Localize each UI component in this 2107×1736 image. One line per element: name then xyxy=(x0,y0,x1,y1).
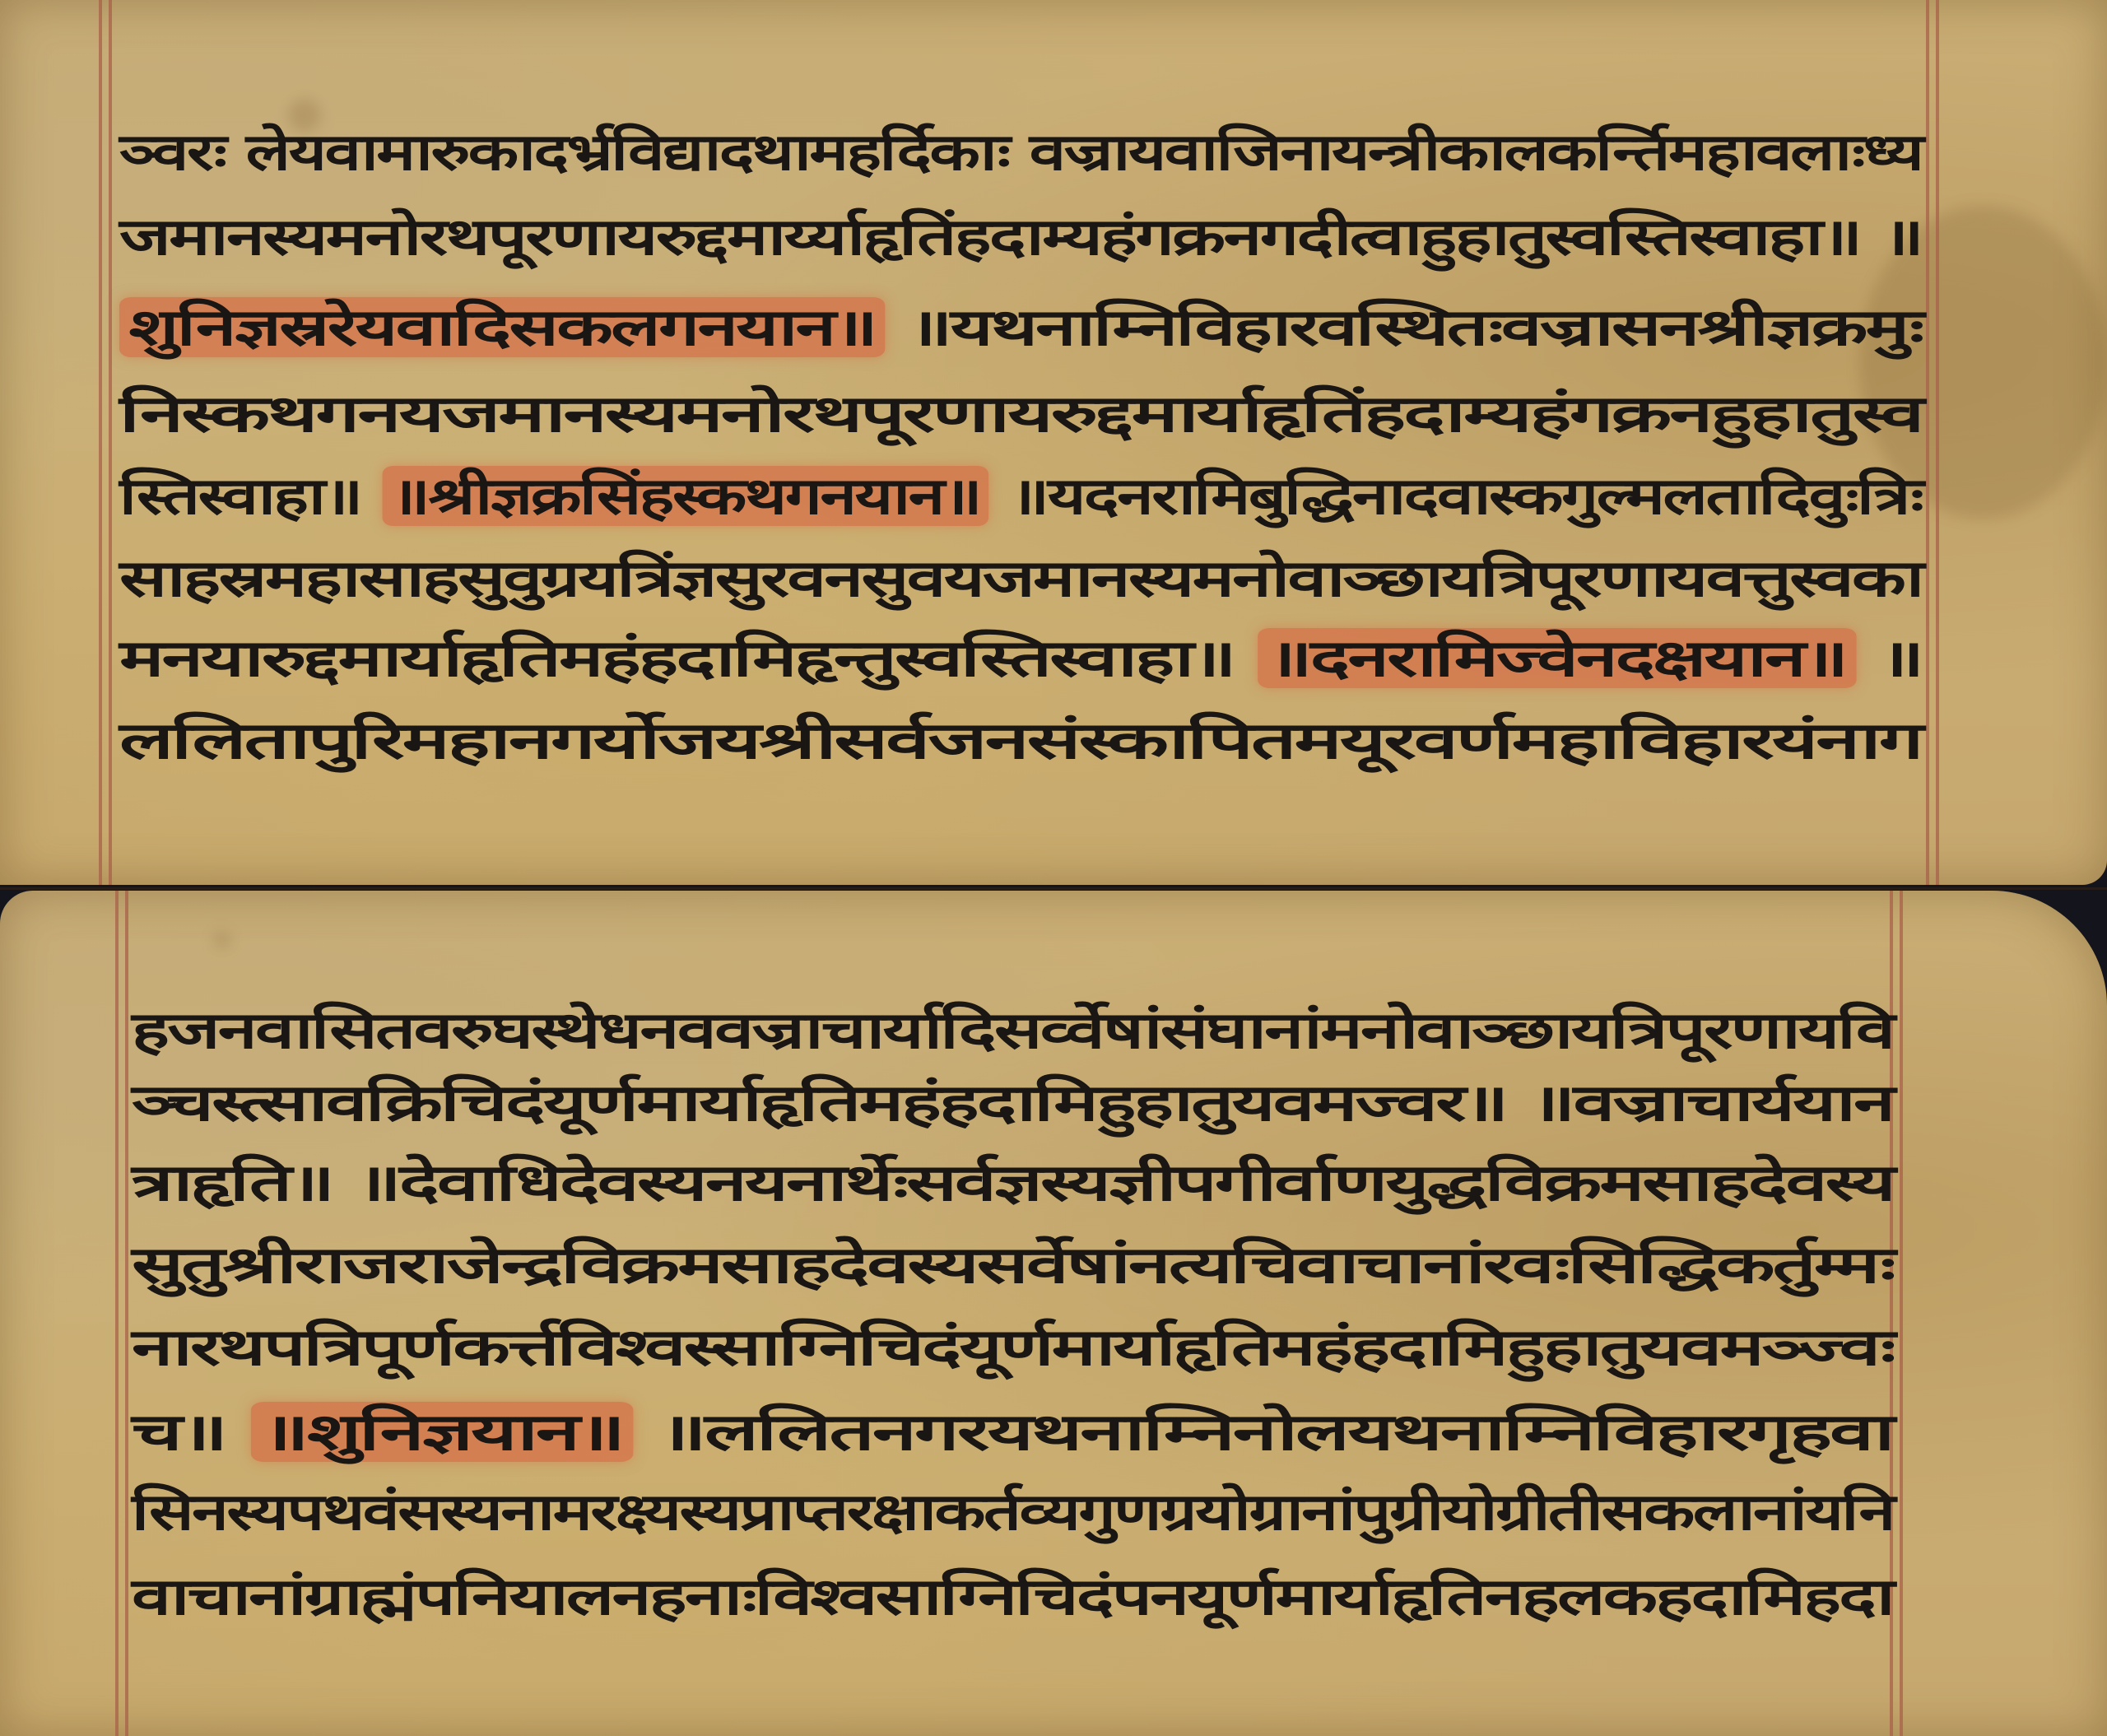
text-segment: ञ्वरः लेयवामारुकादर्भ्रविद्यादथामहर्दिका… xyxy=(119,122,1922,182)
right-margin-rule xyxy=(1926,0,1929,885)
text-line: हजनवासितवरुघस्थेधनववज्राचार्यादिसर्व्वेष… xyxy=(132,994,1893,1068)
text-line: नारथपत्रिपूर्णकर्त्तविश्वस्साग्निचिदंयूर… xyxy=(132,1310,1893,1385)
text-segment: जमानस्यमनोरथपूरणायरुद्दमार्य्याहृतिंहदाम… xyxy=(119,207,1922,267)
rubric-highlight: ॥दनरामिज्वेनदक्षयान॥ xyxy=(1258,628,1856,688)
text-segment: मनयारुद्दमार्याहृतिमहंहदामिहृन्तुस्वस्ति… xyxy=(119,628,1258,688)
text-segment: ॥यदनरामिबुद्धिनादवास्कगुल्मलतादिवुःत्रिः xyxy=(989,466,1922,526)
text-line: मनयारुद्दमार्याहृतिमहंहदामिहृन्तुस्वस्ति… xyxy=(119,621,1922,696)
text-segment: निस्कथगनयजमानस्यमनोरथपूरणायरुद्दमार्याहृ… xyxy=(119,384,1922,444)
text-segment: च॥ xyxy=(132,1402,251,1462)
text-segment: नारथपत्रिपूर्णकर्त्तविश्वस्साग्निचिदंयूर… xyxy=(132,1317,1893,1377)
left-margin-rule-inner xyxy=(109,0,112,885)
text-line: ललितापुरिमहानगर्योजयश्रीसर्वजनसंस्कापितम… xyxy=(119,704,1921,778)
text-segment: हजनवासितवरुघस्थेधनववज्राचार्यादिसर्व्वेष… xyxy=(132,1000,1893,1060)
rubric-highlight: ॥श्रीज्ञक्रसिंहस्कथगनयान॥ xyxy=(382,466,988,526)
text-segment: सुतुश्रीराजराजेन्द्रविक्रमसाहदेवस्यसर्वे… xyxy=(132,1235,1893,1295)
text-segment: सिनस्यपथवंसस्यनामरक्ष्यस्यप्राप्तरक्षाकर… xyxy=(132,1482,1894,1542)
text-segment: वाचानांग्राह्मंपनियालनहनाःविश्वसाग्निचिद… xyxy=(132,1566,1893,1627)
text-line: सुतुश्रीराजराजेन्द्रविक्रमसाहदेवस्यसर्वे… xyxy=(132,1228,1893,1302)
right-margin-rule-inner xyxy=(1936,0,1939,885)
text-line: च॥ ॥शुनिज्ञयान॥ ॥ललितनगरयथनाम्निनोलयथनाम… xyxy=(132,1395,1892,1469)
text-segment: त्राहृति॥ ॥देवाधिदेवस्यनयनार्थेःसर्वज्ञस… xyxy=(132,1152,1894,1212)
text-segment: ॥यथनाम्निविहारवस्थितःवज्रासनश्रीज्ञक्रमु… xyxy=(886,297,1923,357)
text-segment: साहस्रमहासाहसुवुग्रयत्रिंज्ञसुरवनसुवयजमा… xyxy=(119,548,1922,608)
ink-spot xyxy=(214,932,230,948)
folio-crease xyxy=(0,887,2107,890)
text-segment: स्तिस्वाहा॥ xyxy=(119,466,382,526)
text-line: स्तिस्वाहा॥ ॥श्रीज्ञक्रसिंहस्कथगनयान॥ ॥य… xyxy=(119,459,1922,533)
text-line: साहस्रमहासाहसुवुग्रयत्रिंज्ञसुरवनसुवयजमा… xyxy=(119,542,1922,616)
text-segment: ञ्चस्त्सावक्रिचिदंयूर्णमार्याहृतिमहंहदाम… xyxy=(132,1073,1530,1133)
text-line: ञ्वरः लेयवामारुकादर्भ्रविद्यादथामहर्दिका… xyxy=(119,115,1922,189)
text-line: जमानस्यमनोरथपूरणायरुद्दमार्य्याहृतिंहदाम… xyxy=(119,200,1922,274)
text-segment: ॥ xyxy=(1856,628,1922,688)
text-line: वाचानांग्राह्मंपनियालनहनाःविश्वसाग्निचिद… xyxy=(132,1560,1893,1634)
top-folio-text: ञ्वरः लेयवामारुकादर्भ्रविद्यादथामहर्दिका… xyxy=(119,115,1922,790)
text-segment: ॥ललितनगरयथनाम्निनोलयथनाम्निविहारगृहवा xyxy=(634,1402,1893,1462)
text-segment: ॥वज्राचार्ययान xyxy=(1530,1073,1892,1133)
left-margin-rule-inner xyxy=(125,891,128,1736)
bottom-folio: हजनवासितवरुघस्थेधनववज्राचार्यादिसर्व्वेष… xyxy=(0,891,2107,1736)
rubric-highlight: शुनिज्ञस्ररेयवादिसकलगनयान॥ xyxy=(119,297,886,357)
text-line: ञ्चस्त्सावक्रिचिदंयूर्णमार्याहृतिमहंहदाम… xyxy=(132,1066,1893,1140)
text-line: निस्कथगनयजमानस्यमनोरथपूरणायरुद्दमार्याहृ… xyxy=(119,377,1922,451)
bottom-folio-text: हजनवासितवरुघस्थेधनववज्राचार्यादिसर्व्वेष… xyxy=(132,994,1893,1652)
text-line: त्राहृति॥ ॥देवाधिदेवस्यनयनार्थेःसर्वज्ञस… xyxy=(132,1146,1894,1220)
right-margin-rule-inner xyxy=(1900,891,1903,1736)
left-margin-rule xyxy=(99,0,102,885)
text-segment: ललितापुरिमहानगर्योजयश्रीसर्वजनसंस्कापितम… xyxy=(119,710,1921,770)
text-line: शुनिज्ञस्ररेयवादिसकलगनयान॥ ॥यथनाम्निविहा… xyxy=(119,291,1922,365)
rubric-highlight: ॥शुनिज्ञयान॥ xyxy=(251,1402,634,1462)
left-margin-rule xyxy=(115,891,119,1736)
text-line: सिनस्यपथवंसस्यनामरक्ष्यस्यप्राप्तरक्षाकर… xyxy=(132,1475,1894,1549)
top-folio: ञ्वरः लेयवामारुकादर्भ्रविद्यादथामहर्दिका… xyxy=(0,0,2107,885)
